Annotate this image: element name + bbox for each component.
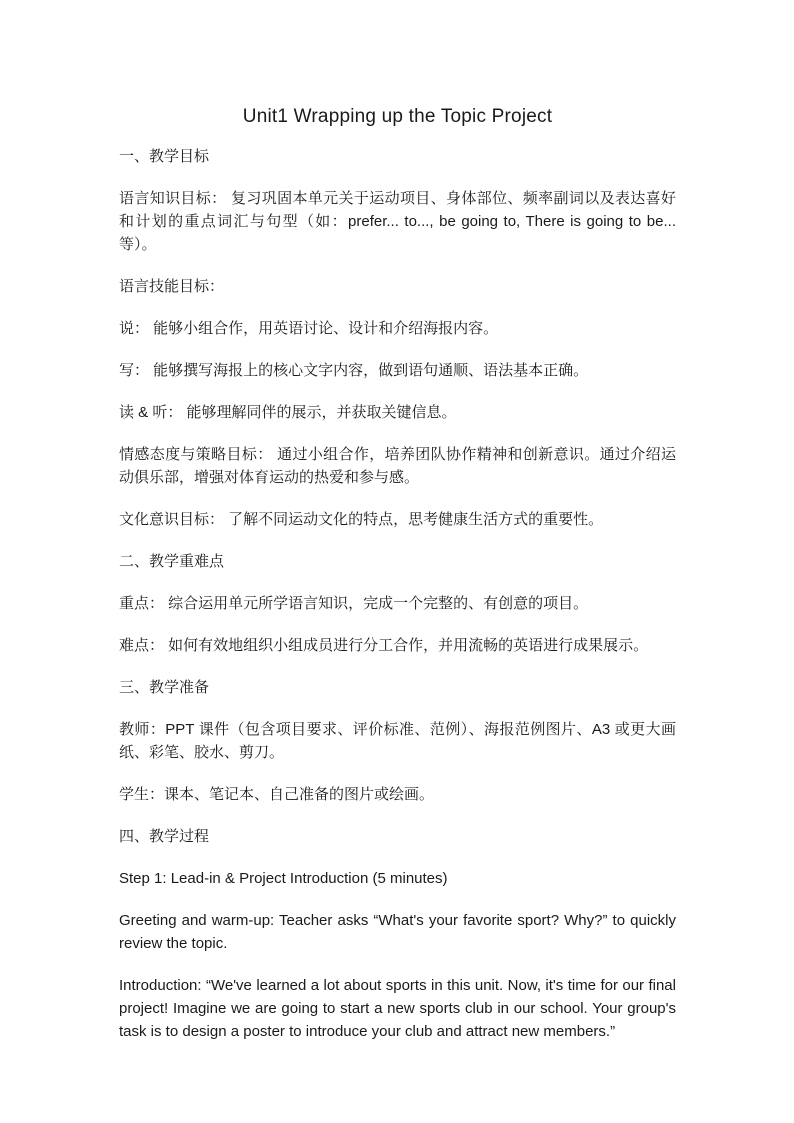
heading-key-difficult-points: 二、教学重难点	[119, 550, 676, 573]
para-cultural-awareness-objective: 文化意识目标： 了解不同运动文化的特点，思考健康生活方式的重要性。	[119, 508, 676, 531]
document-page: Unit1 Wrapping up the Topic Project 一、教学…	[0, 0, 794, 1123]
para-key-point: 重点： 综合运用单元所学语言知识，完成一个完整的、有创意的项目。	[119, 592, 676, 615]
para-affect-strategy-objective: 情感态度与策略目标： 通过小组合作，培养团队协作精神和创新意识。通过介绍运动俱乐…	[119, 443, 676, 489]
para-teacher-preparation: 教师：PPT 课件（包含项目要求、评价标准、范例）、海报范例图片、A3 或更大画…	[119, 718, 676, 764]
para-introduction: Introduction: “We've learned a lot about…	[119, 974, 676, 1043]
para-reading-listening-objective: 读 & 听： 能够理解同伴的展示，并获取关键信息。	[119, 401, 676, 424]
para-student-preparation: 学生：课本、笔记本、自己准备的图片或绘画。	[119, 783, 676, 806]
para-difficult-point: 难点： 如何有效地组织小组成员进行分工合作，并用流畅的英语进行成果展示。	[119, 634, 676, 657]
para-greeting-warmup: Greeting and warm-up: Teacher asks “What…	[119, 909, 676, 955]
para-speaking-objective: 说： 能够小组合作，用英语讨论、设计和介绍海报内容。	[119, 317, 676, 340]
heading-teaching-process: 四、教学过程	[119, 825, 676, 848]
para-writing-objective: 写： 能够撰写海报上的核心文字内容，做到语句通顺、语法基本正确。	[119, 359, 676, 382]
heading-teaching-objectives: 一、教学目标	[119, 145, 676, 168]
document-content: Unit1 Wrapping up the Topic Project 一、教学…	[119, 105, 676, 1062]
para-step1-heading: Step 1: Lead-in & Project Introduction (…	[119, 867, 676, 890]
para-language-skills-label: 语言技能目标：	[119, 275, 676, 298]
heading-teaching-preparation: 三、教学准备	[119, 676, 676, 699]
document-title: Unit1 Wrapping up the Topic Project	[119, 105, 676, 128]
para-language-knowledge-objective: 语言知识目标： 复习巩固本单元关于运动项目、身体部位、频率副词以及表达喜好和计划…	[119, 187, 676, 256]
